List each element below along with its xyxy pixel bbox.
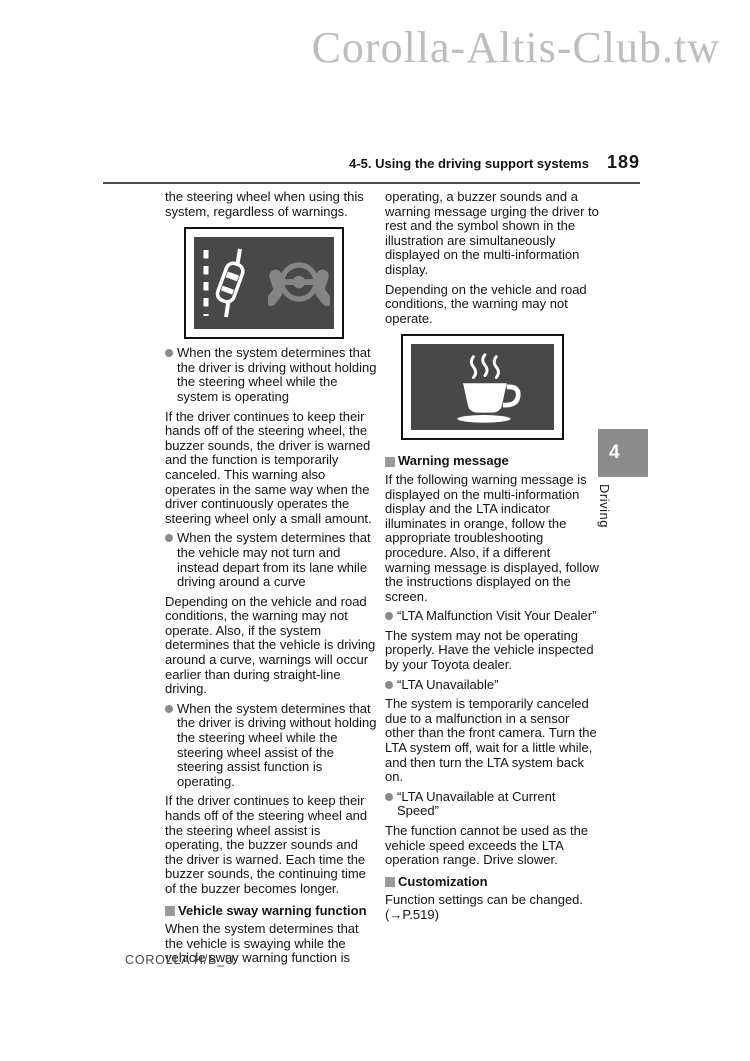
bullet-item: “LTA Unavailable at Current Speed” [385,790,599,819]
right-column: operating, a buzzer sounds and a warning… [385,190,599,928]
paragraph: The function cannot be used as the vehic… [385,824,599,868]
bullet-text: “LTA Malfunction Visit Your Dealer” [397,608,596,623]
section-title: 4-5. Using the driving support systems [349,156,589,171]
bullet-icon [165,349,173,357]
bullet-icon [385,612,393,620]
subheading-customization: Customization [385,875,599,890]
bullet-item: “LTA Unavailable” [385,678,599,693]
bullet-icon [385,793,393,801]
page-header: 4-5. Using the driving support systems 1… [103,152,640,180]
subheading-text: Customization [398,875,488,890]
figure-steering-warning-display [184,227,344,339]
paragraph: Depending on the vehicle and road condit… [165,595,377,697]
left-column: the steering wheel when using this syste… [165,190,377,971]
bullet-text: When the system determines that the vehi… [177,530,371,589]
watermark: Corolla-Altis-Club.tw [312,22,720,73]
subheading-text: Vehicle sway warning function [178,904,367,919]
header-rule [103,182,640,184]
bullet-text: “LTA Unavailable” [397,677,498,692]
paragraph: If the following warning message is disp… [385,473,599,604]
chapter-tab: 4 [598,429,648,477]
bullet-text: “LTA Unavailable at Current Speed” [397,789,555,819]
bullet-item: When the system determines that the driv… [165,702,377,790]
multi-information-display-panel [194,237,334,329]
section-marker-icon [385,457,395,467]
rest-symbol-panel [411,344,554,430]
bullet-icon [385,681,393,689]
hands-on-steering-wheel-icon [268,257,330,309]
paragraph: If the driver continues to keep their ha… [165,794,377,896]
subheading-warning-message: Warning message [385,454,599,469]
paragraph: the steering wheel when using this syste… [165,190,377,219]
bullet-icon [165,705,173,713]
paragraph: If the driver continues to keep their ha… [165,410,377,527]
paragraph: Function settings can be changed. (→P.51… [385,893,599,922]
paragraph: The system is temporarily canceled due t… [385,697,599,785]
figure-rest-warning-symbol [401,334,564,440]
paragraph: operating, a buzzer sounds and a warning… [385,190,599,278]
chapter-label: Driving [597,484,612,528]
footer-model-code: COROLLA H/B_U [125,953,235,967]
paragraph: The system may not be operating properly… [385,629,599,673]
bullet-text: When the system determines that the driv… [177,701,376,789]
bullet-icon [165,534,173,542]
paragraph: Depending on the vehicle and road condit… [385,283,599,327]
section-marker-icon [165,906,175,916]
section-marker-icon [385,877,395,887]
subheading-text: Warning message [398,454,509,469]
lane-departure-warning-icon [198,247,248,319]
coffee-cup-icon [433,349,533,425]
subheading-vehicle-sway: Vehicle sway warning function [165,904,377,919]
page-number: 189 [607,152,640,173]
bullet-text: When the system determines that the driv… [177,345,376,404]
bullet-item: When the system determines that the driv… [165,346,377,404]
bullet-item: When the system determines that the vehi… [165,531,377,589]
bullet-item: “LTA Malfunction Visit Your Dealer” [385,609,599,624]
